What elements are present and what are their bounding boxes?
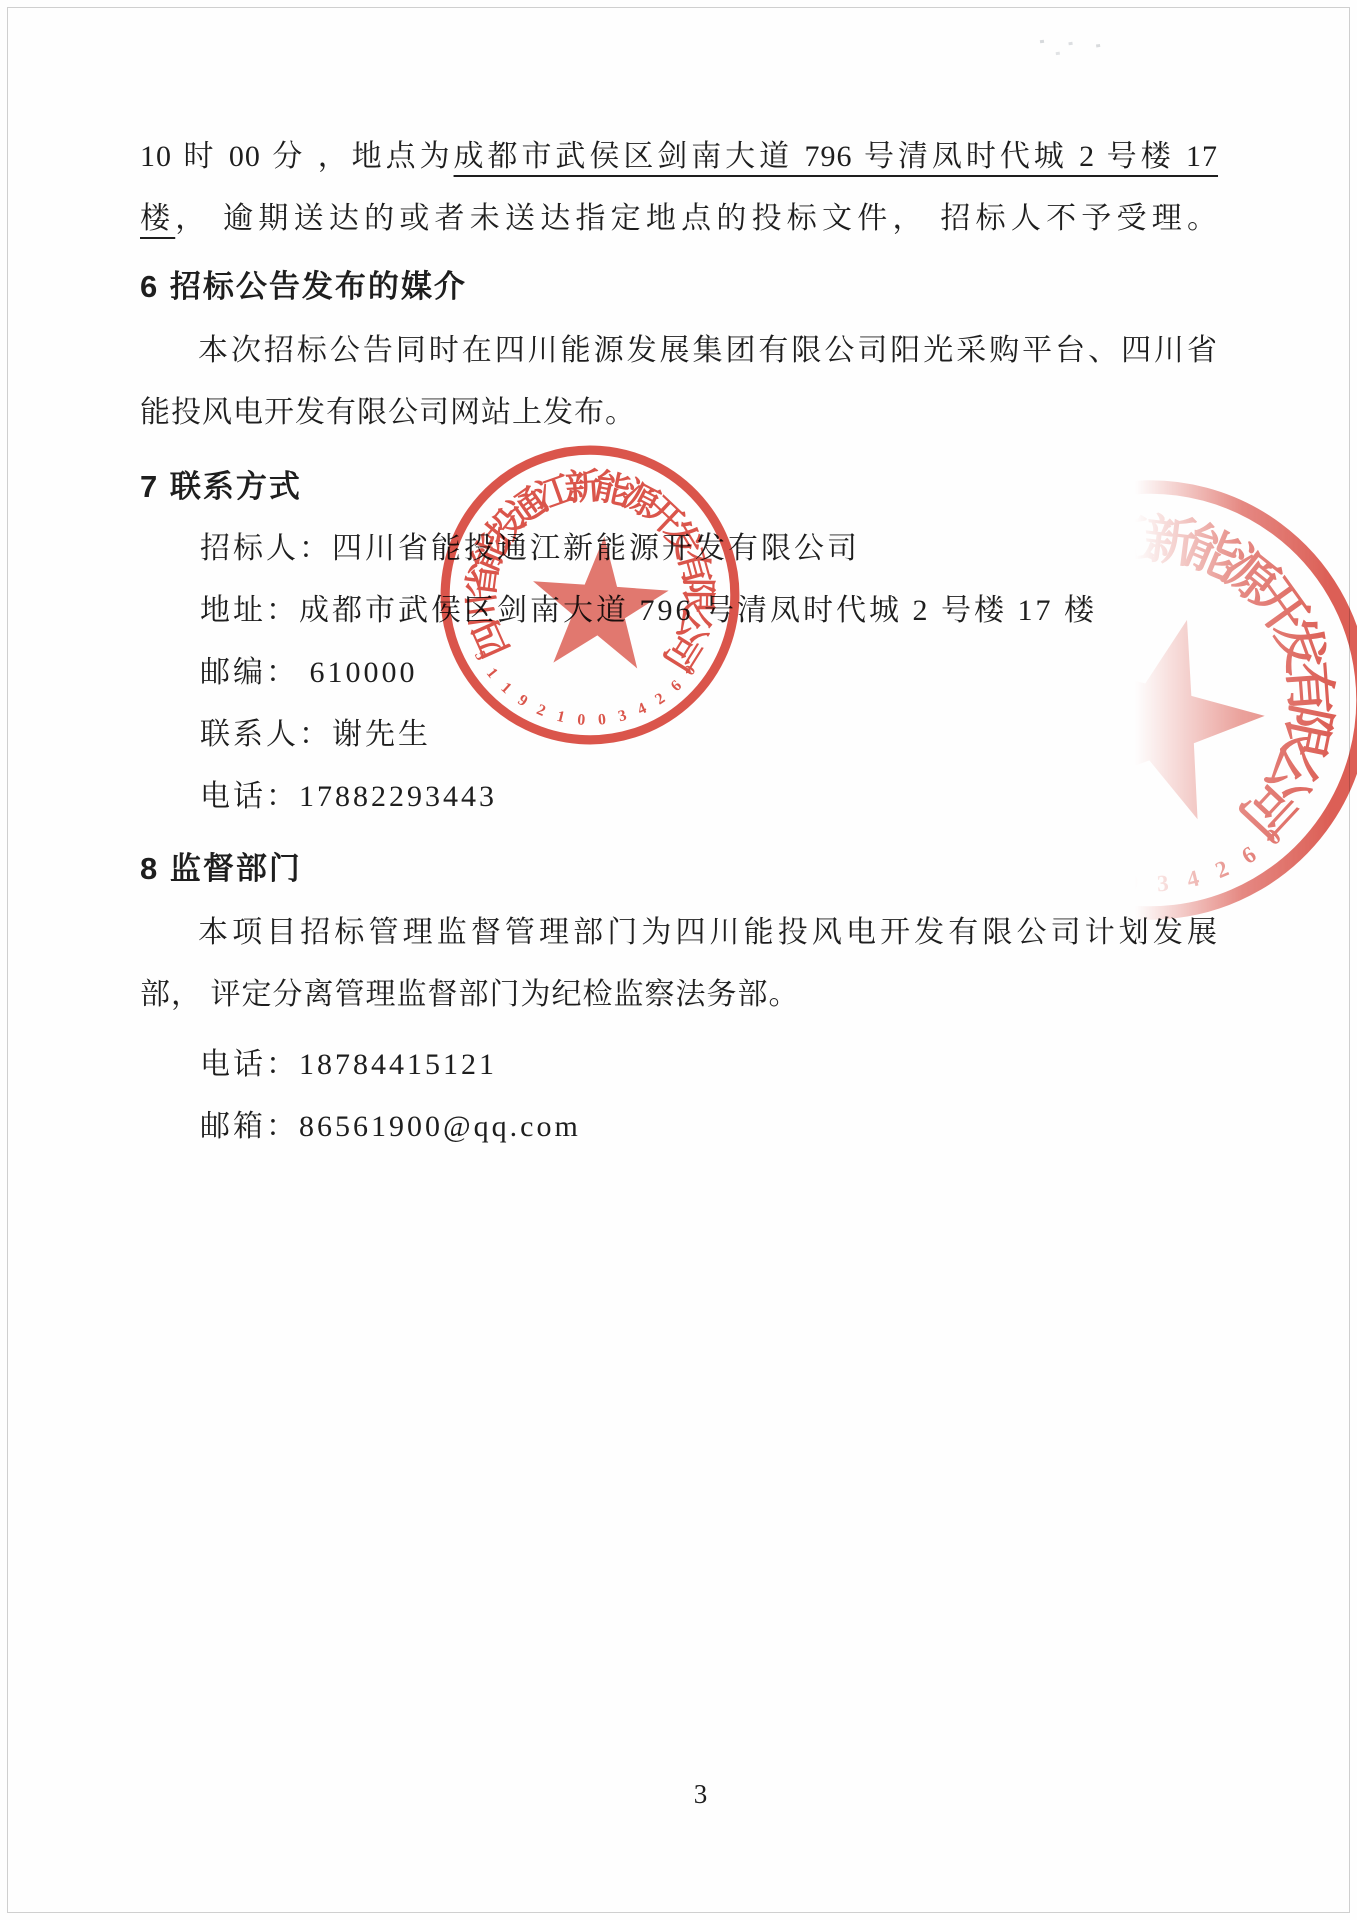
svg-text:有: 有 <box>1278 660 1340 717</box>
svg-text:开: 开 <box>1240 569 1318 645</box>
svg-text:0: 0 <box>1260 824 1286 851</box>
contact-line-person: 联系人：谢先生 <box>140 715 1218 755</box>
intro-line-2-underlined: 楼 <box>140 202 175 235</box>
section7-heading: 7 联系方式 <box>140 467 1218 507</box>
svg-text:9: 9 <box>1010 820 1036 847</box>
svg-text:限: 限 <box>1272 700 1339 763</box>
section8-para-line-1: 本项目招标管理监督管理部门为四川能投风电开发有限公司计划发展 <box>140 913 1218 953</box>
supervision-phone: 电话：18784415121 <box>140 1045 1218 1085</box>
section6-para-line-1: 本次招标公告同时在四川能源发展集团有限公司阳光采购平台、四川省 <box>140 331 1218 371</box>
scan-noise-speckles <box>1040 40 1044 44</box>
svg-text:源: 源 <box>1211 537 1289 616</box>
intro-line-1-underlined-address: 成都市武侯区剑南大道 796 号清凤时代城 2 号楼 17 <box>454 140 1218 173</box>
svg-text:发: 发 <box>1263 611 1335 680</box>
contact-line-phone: 电话：17882293443 <box>140 777 1218 817</box>
contact-line-address: 地址：成都市武侯区剑南大道 796 号清凤时代城 2 号楼 17 楼 <box>140 591 1218 631</box>
section6-heading: 6 招标公告发布的媒介 <box>140 267 1218 307</box>
svg-text:6: 6 <box>1237 842 1261 870</box>
section8-para-line-2: 部， 评定分离管理监督部门为纪检监察法务部。 <box>140 975 1218 1015</box>
svg-text:司: 司 <box>1227 769 1305 847</box>
svg-text:9: 9 <box>515 692 531 711</box>
intro-line-1-normal: 10 时 00 分 ，地点为 <box>140 140 454 173</box>
intro-line-2-rest: ， 逾期送达的或者未送达指定地点的投标文件， 招标人不予受理。 <box>175 202 1218 235</box>
section6-para-line-2: 能投风电开发有限公司网站上发布。 <box>140 393 1218 433</box>
supervision-email: 邮箱：86561900@qq.com <box>140 1107 1218 1147</box>
intro-line-1: 10 时 00 分 ，地点为成都市武侯区剑南大道 796 号清凤时代城 2 号楼… <box>140 137 1218 177</box>
contact-line-postcode: 邮编： 610000 <box>140 653 1218 693</box>
section8-heading: 8 监督部门 <box>140 849 1218 889</box>
svg-text:公: 公 <box>1253 736 1329 810</box>
contact-line-bidder: 招标人：四川省能投通江新能源开发有限公司 <box>140 529 1218 569</box>
page-number: 3 <box>44 1779 1357 1810</box>
intro-line-2: 楼， 逾期送达的或者未送达指定地点的投标文件， 招标人不予受理。 <box>140 199 1218 239</box>
scanned-document-page: 10 时 00 分 ，地点为成都市武侯区剑南大道 796 号清凤时代城 2 号楼… <box>0 0 1357 1920</box>
